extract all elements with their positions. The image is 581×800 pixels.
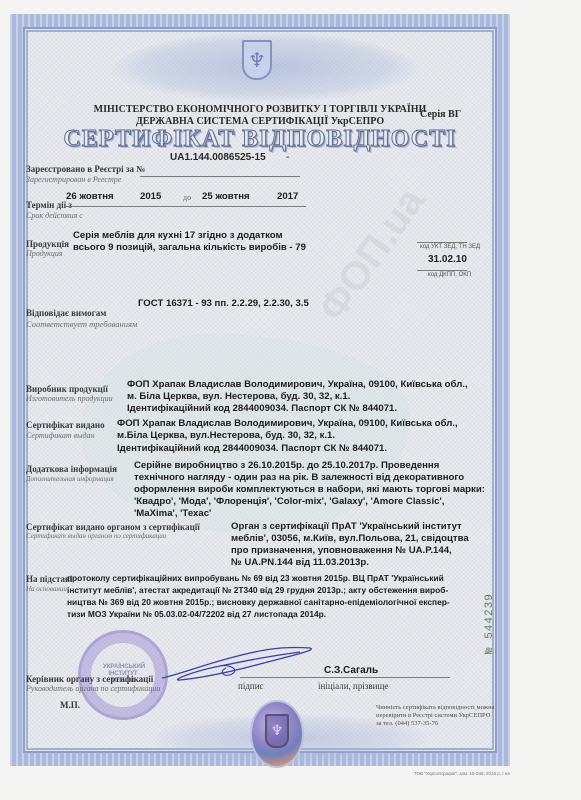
code-value: 31.02.10 [428,254,467,265]
certificate-sheet: ФОП.ua ♆ МІНІСТЕРСТВО ЕКОНОМІЧНОГО РОЗВИ… [10,14,510,766]
registry-label-ru: Зарегистрирован в Реестре [26,175,121,184]
basis-label: На підставі [26,574,72,584]
certifying-body-label: Сертифікат видано органом з сертифікації [26,522,200,532]
issued-to-line-3: Ідентифікаційний код 2844009034. Паспорт… [117,443,387,455]
issued-to-label: Сертифікат видано [26,420,105,430]
product-line-1: Серія меблів для кухні 17 згідно з додат… [73,230,283,242]
certificate-number-suffix: - [286,152,289,163]
product-line-2: всього 9 позицій, загальна кількість вир… [73,242,306,254]
signature-caption: підпис [238,681,264,691]
additional-info-label-ru: Дополнительная информация [26,475,114,483]
validity-label: Термін дії з [26,200,72,210]
validity-label-ru: Срок действия с [26,211,83,220]
basis-line-4: тизи МОЗ України № 05.03.02-04/72202 від… [67,609,326,620]
additional-info-label: Додаткова інформація [26,464,117,474]
signature-rule [240,677,450,678]
manufacturer-line-2: м. Біла Церква, вул. Нестерова, буд. 30,… [127,391,350,403]
basis-line-1: протоколу сертифікаційних випробувань № … [67,573,444,584]
code-label-top: код УКТ ЗЕД, ТН ЗЕД [420,244,480,250]
code-label-bottom: код ДКПП, ОКП [428,272,471,278]
verification-line-3: за тел. (044) 537-35-76 [376,720,495,728]
issued-to-line-1: ФОП Храпак Владислав Володимирович, Укра… [117,418,458,430]
certifying-body-line-2: меблів', 03056, м.Київ, вул.Польова, 21,… [231,533,469,545]
product-label: Продукція [26,239,69,249]
name-caption: ініціали, прізвище [318,681,388,691]
conformity-label: Відповідає вимогам [26,308,106,318]
certifying-body-line-1: Орган з сертифікації ПрАТ 'Український і… [231,521,462,533]
serial-number: № 544239 [484,593,496,654]
additional-info-line-3: оформлення вироби комплектуються в набор… [134,484,485,496]
validity-to-date: 25 жовтня [202,191,250,203]
certificate-number: UA1.144.0086525-15 [170,152,266,163]
head-label-ru: Руководитель органа по сертификации [26,684,160,693]
additional-info-line-2: технічного нагляду - один раз на рік. В … [134,472,464,484]
validity-to-year: 2017 [277,191,298,203]
verification-note: Чинність сертифіката відповідності можна… [376,704,495,728]
manufacturer-line-1: ФОП Храпак Владислав Володимирович, Укра… [127,379,468,391]
issued-to-line-2: м.Біла Церква, вул.Нестерова, буд. 30, 3… [117,430,335,442]
manufacturer-label: Виробник продукції [26,384,108,394]
registry-rule [140,176,300,177]
conformity-label-ru: Соответствует требованиям [26,319,137,329]
stamp-place-label: М.П. [60,700,80,710]
printer-imprint: ТОВ "Укрполіграфія", зам. 15-048, 2015 р… [414,771,510,776]
certificate-title: СЕРТИФІКАТ ВІДПОВІДНОСТІ [10,126,510,153]
verification-line-2: перевірити в Реєстрі системи УкрСЕПРО [376,712,495,720]
certifying-body-line-4: № UA.PN.144 від 11.03.2013р. [231,557,369,569]
manufacturer-line-3: Ідентифікаційний код 2844009034. Паспорт… [127,403,397,415]
validity-rule [66,206,306,207]
signature-scribble [160,644,320,684]
validity-from-date: 26 жовтня [66,191,114,203]
hologram-coat-of-arms-icon: ♆ [265,714,289,748]
manufacturer-label-ru: Изготовитель продукции [26,394,113,403]
validity-from-year: 2015 [140,191,161,203]
coat-of-arms-icon: ♆ [242,40,272,80]
additional-info-line-1: Серійне виробництво з 26.10.2015р. до 25… [134,460,439,472]
validity-to-word: до [183,193,191,202]
conformity-standard: ГОСТ 16371 - 93 пп. 2.2.29, 2.2.30, 3.5 [138,298,309,310]
basis-label-ru: На основании [26,585,67,593]
verification-line-1: Чинність сертифіката відповідності можна [376,704,495,712]
certifying-body-line-3: про призначення, уповноваження № UA.P.14… [231,545,452,557]
signatory-name: С.З.Сагаль [324,665,378,677]
additional-info-line-4: 'Квадро', 'Мода', 'Флоренція', 'Color-mi… [134,496,444,508]
basis-line-2: інститут меблів', атестат акредитації № … [67,585,448,596]
product-label-ru: Продукция [26,249,63,258]
registry-label: Зареєстровано в Реєстрі за № [26,164,145,174]
series-label: Серія ВГ [420,109,461,120]
code-rule-bottom [417,270,467,271]
issued-to-label-ru: Сертификат выдан [26,431,95,440]
basis-line-3: ництва № 369 від 20 жовтня 2015р.; висно… [67,597,450,608]
certifying-body-label-ru: Сертификат выдан органом по сертификации [26,532,166,540]
head-label: Керівник органу з сертифікації [26,674,153,684]
additional-info-line-5: 'MaXima', 'Техас' [134,508,211,520]
code-rule-top [417,242,467,243]
